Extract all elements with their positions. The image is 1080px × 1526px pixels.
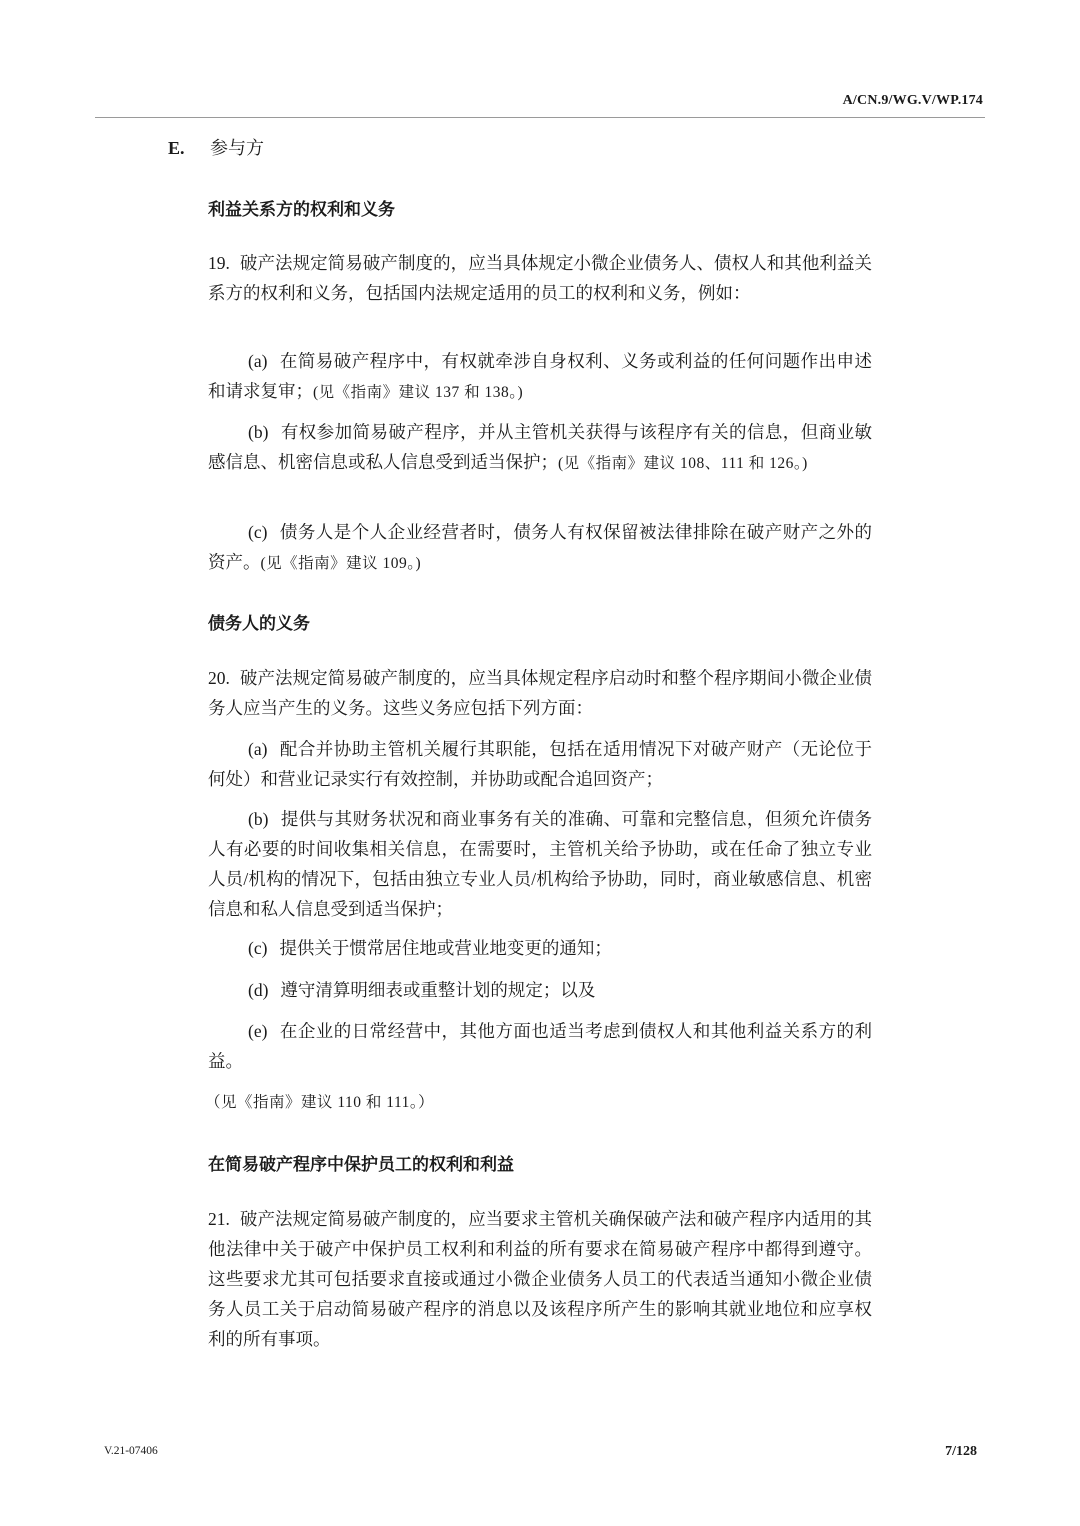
item-label: (c) (248, 938, 267, 958)
paragraph-19: 19.破产法规定简易破产制度的，应当具体规定小微企业债务人、债权人和其他利益关系… (208, 248, 872, 308)
item-text: 配合并协助主管机关履行其职能，包括在适用情况下对破产财产（无论位于何处）和营业记… (208, 739, 872, 789)
item-text: 提供与其财务状况和商业事务有关的准确、可靠和完整信息，但须允许债务人有必要的时间… (208, 809, 872, 919)
item-text: 遵守清算明细表或重整计划的规定；以及 (280, 980, 595, 1000)
item-label: (e) (248, 1021, 267, 1041)
item-label: (d) (248, 980, 268, 1000)
list-item: (b)有权参加简易破产程序，并从主管机关获得与该程序有关的信息，但商业敏感信息、… (208, 417, 872, 479)
subsection-title: 利益关系方的权利和义务 (208, 195, 395, 220)
item-label: (b) (248, 422, 268, 442)
paragraph-number: 19. (208, 253, 230, 273)
item-label: (b) (248, 809, 268, 829)
item-text: 提供关于惯常居住地或营业地变更的通知； (279, 938, 612, 958)
list-item: (a)在简易破产程序中，有权就牵涉自身权利、义务或利益的任何问题作出申述和请求复… (208, 346, 872, 408)
paragraph-text: 破产法规定简易破产制度的，应当要求主管机关确保破产法和破产程序内适用的其他法律中… (208, 1209, 872, 1349)
paragraph-20: 20.破产法规定简易破产制度的，应当具体规定程序启动时和整个程序期间小微企业债务… (208, 663, 872, 723)
item-label: (a) (248, 351, 267, 371)
paragraph-number: 21. (208, 1209, 230, 1229)
list-item: (c)提供关于惯常居住地或营业地变更的通知； (208, 933, 872, 963)
document-symbol: A/CN.9/WG.V/WP.174 (843, 93, 983, 109)
paragraph-text: 破产法规定简易破产制度的，应当具体规定程序启动时和整个程序期间小微企业债务人应当… (208, 668, 872, 718)
subsection-title: 债务人的义务 (208, 609, 310, 634)
section-letter: E. (168, 138, 210, 159)
guide-reference: (见《指南》建议 109。) (261, 555, 422, 572)
list-item: (e)在企业的日常经营中，其他方面也适当考虑到债权人和其他利益关系方的利益。 (208, 1016, 872, 1076)
list-item: (c)债务人是个人企业经营者时，债务人有权保留被法律排除在破产财产之外的资产。(… (208, 517, 872, 579)
guide-reference: (见《指南》建议 108、111 和 126。) (558, 455, 808, 472)
item-text: 在企业的日常经营中，其他方面也适当考虑到债权人和其他利益关系方的利益。 (208, 1021, 872, 1071)
subsection-title: 在简易破产程序中保护员工的权利和利益 (208, 1150, 514, 1175)
list-item: (a)配合并协助主管机关履行其职能，包括在适用情况下对破产财产（无论位于何处）和… (208, 734, 872, 794)
job-number: V.21-07406 (104, 1445, 158, 1457)
guide-reference: (见《指南》建议 137 和 138。) (313, 384, 523, 401)
page-number: 7/128 (945, 1444, 977, 1460)
paragraph-21: 21.破产法规定简易破产制度的，应当要求主管机关确保破产法和破产程序内适用的其他… (208, 1204, 872, 1354)
list-item: (d)遵守清算明细表或重整计划的规定；以及 (208, 975, 872, 1005)
section-heading: E.参与方 (168, 134, 264, 160)
item-label: (a) (248, 739, 267, 759)
list-item: (b)提供与其财务状况和商业事务有关的准确、可靠和完整信息，但须允许债务人有必要… (208, 804, 872, 924)
paragraph-number: 20. (208, 668, 230, 688)
section-title: 参与方 (210, 138, 264, 158)
paragraph-text: 破产法规定简易破产制度的，应当具体规定小微企业债务人、债权人和其他利益关系方的权… (208, 253, 872, 303)
item-text: 在简易破产程序中，有权就牵涉自身权利、义务或利益的任何问题作出申述和请求复审； (208, 351, 872, 401)
header-divider (95, 117, 985, 118)
guide-reference: （见《指南》建议 110 和 111。） (205, 1088, 869, 1118)
item-label: (c) (248, 522, 267, 542)
